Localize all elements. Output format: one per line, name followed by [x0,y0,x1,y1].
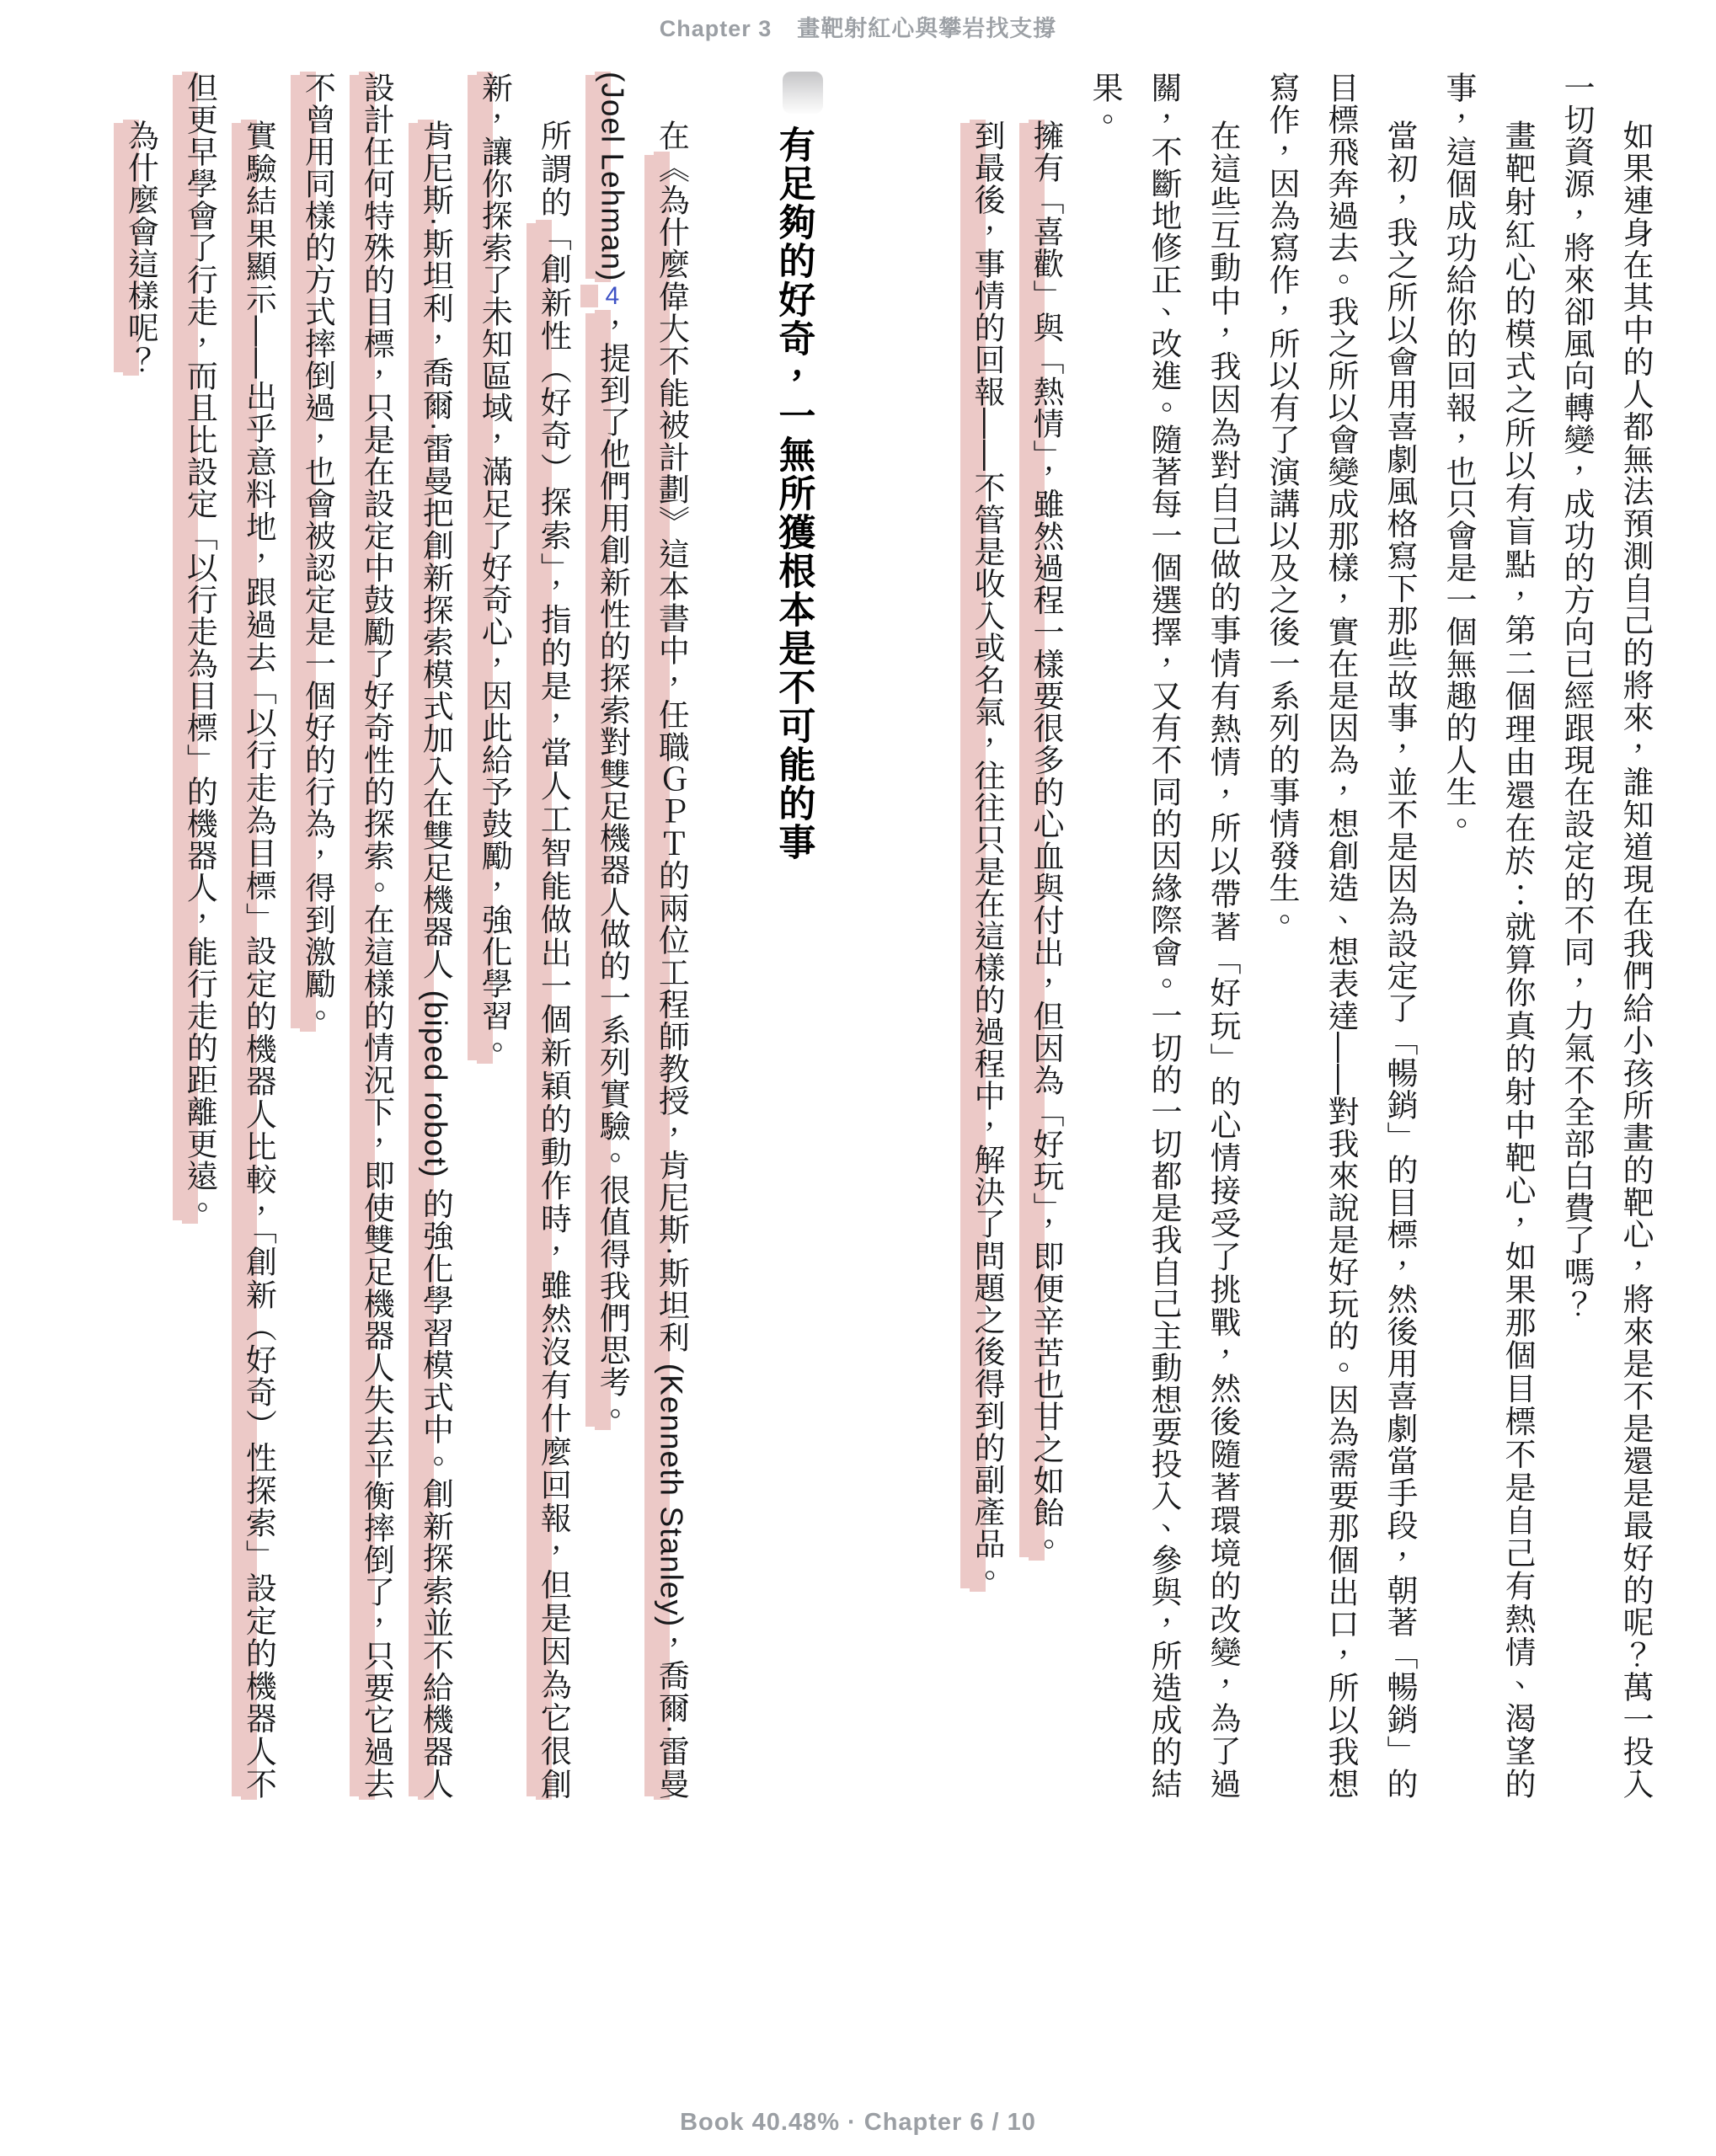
paragraph: 當初，我之所以會用喜劇風格寫下那些故事，並不是因為設定了「暢銷」的目標，然後用喜… [1252,72,1429,1800]
highlighted-text[interactable]: 「創新性（好奇）探索」，指的是，當人工智能做出一個新穎的動作時，雖然沒有什麼回報… [477,72,570,1800]
highlighted-text[interactable]: 為什麼會這樣呢？ [123,120,158,376]
paragraph: 如果連身在其中的人都無法預測自己的將來，誰知道現在我們給小孩所畫的靶心，將來是不… [1547,72,1665,1800]
footnote-ref[interactable]: 4 [598,282,626,310]
body-text: 所謂的 [536,120,570,220]
paragraph: 畫靶射紅心的模式之所以有盲點，第二個理由還在於：就算你真的射中靶心，如果那個目標… [1429,72,1547,1800]
paragraph: 到最後，事情的回報——不管是收入或名氣，往往只是在這樣的過程中，解決了問題之後得… [957,72,1016,1800]
chapter-title-label: 畫靶射紅心與攀岩找支撐 [797,16,1056,41]
chapter-number-label: Chapter 3 [660,16,772,41]
body-text: 在 [654,120,688,152]
highlighted-text[interactable]: 擁有「喜歡」與「熱情」，雖然過程一樣要很多的心血與付出，但因為「好玩」，即便辛苦… [1029,120,1063,1561]
body-text: 畫靶射紅心的模式之所以有盲點，第二個理由還在於：就算你真的射中靶心，如果那個目標… [1441,72,1535,1800]
body-text: 在這些互動中，我因為對自己做的事情有熱情，所以帶著「好玩」的心情接受了挑戰，然後… [1088,72,1240,1800]
section-title-text: 有足夠的好奇，一無所獲根本是不可能的事 [772,125,814,862]
section-title: 有足夠的好奇，一無所獲根本是不可能的事 [763,72,823,1800]
highlighted-text[interactable]: 到最後，事情的回報——不管是收入或名氣，往往只是在這樣的過程中，解決了問題之後得… [970,120,1004,1592]
paragraph: 在《為什麼偉大不能被計劃》這本書中，任職ＧＰＴ的兩位工程師教授，肯尼斯·斯坦利 … [582,72,700,1800]
chapter-header: Chapter 3畫靶射紅心與攀岩找支撐 [0,10,1716,43]
reading-area: 如果連身在其中的人都無法預測自己的將來，誰知道現在我們給小孩所畫的靶心，將來是不… [110,72,1665,1800]
paragraph: 在這些互動中，我因為對自己做的事情有熱情，所以帶著「好玩」的心情接受了挑戰，然後… [1075,72,1252,1800]
body-text: 如果連身在其中的人都無法預測自己的將來，誰知道現在我們給小孩所畫的靶心，將來是不… [1559,72,1653,1800]
ebook-reader-page: { "header": { "chapter": "Chapter 3", "t… [0,0,1716,2156]
paragraph: 實驗結果顯示——出乎意料地，跟過去「以行走為目標」設定的機器人比較，「創新（好奇… [169,72,287,1800]
section-break-marker-icon [783,72,823,114]
paragraph: 肯尼斯·斯坦利，喬爾·雷曼把創新探索模式加入在雙足機器人 (biped robo… [287,72,464,1800]
paragraph: 為什麼會這樣呢？ [110,72,169,1800]
highlighted-text[interactable]: 實驗結果顯示——出乎意料地，跟過去「以行走為目標」設定的機器人比較，「創新（好奇… [182,72,275,1800]
paragraph: 擁有「喜歡」與「熱情」，雖然過程一樣要很多的心血與付出，但因為「好玩」，即便辛苦… [1016,72,1075,1800]
progress-footer: Book 40.48% · Chapter 6 / 10 [0,2109,1716,2137]
highlighted-text[interactable]: 肯尼斯·斯坦利，喬爾·雷曼把創新探索模式加入在雙足機器人 (biped robo… [300,72,452,1800]
paragraph: 所謂的「創新性（好奇）探索」，指的是，當人工智能做出一個新穎的動作時，雖然沒有什… [464,72,582,1800]
body-text: 當初，我之所以會用喜劇風格寫下那些故事，並不是因為設定了「暢銷」的目標，然後用喜… [1264,72,1417,1800]
highlighted-text[interactable]: ，提到了他們用創新性的探索對雙足機器人做的一系列實驗。很值得我們思考。 [595,310,629,1430]
